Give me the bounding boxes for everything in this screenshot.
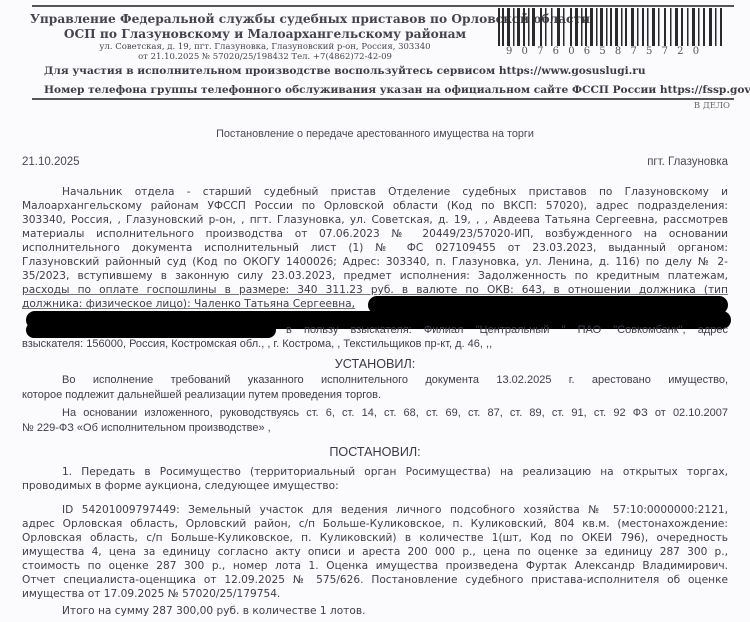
org-name-line1: Управление Федеральной службы судебных п… [30,12,500,26]
document-date: 21.10.2025 [22,156,80,168]
property-line: ID 54201009797449: Земельный участок для… [62,504,728,517]
intro-line: 35/2023, вступившему в законную силу 23.… [22,270,728,283]
resolved-heading: ПОСТАНОВИЛ: [0,445,750,459]
gosuslugi-service-notice: Для участия в исполнительном производств… [44,65,646,77]
document-page: Управление Федеральной службы судебных п… [0,0,750,622]
established-line: Во исполнение требований указанного испо… [62,374,728,387]
legal-basis-line: На основании изложенного, руководствуясь… [62,407,728,420]
intro-line: Глазуновский районный суд (Код по ОКОГУ … [22,256,728,269]
document-title: Постановление о передаче арестованного и… [19,128,732,140]
legal-basis-line: № 229-ФЗ «Об исполнительном производстве… [22,422,728,435]
filing-stamp: В ДЕЛО [694,101,730,111]
property-line: Орловская область, с/п Больше-Куликовско… [22,532,728,545]
phone-service-notice: Номер телефона группы телефонного обслуж… [44,84,750,96]
header-top-rule [32,5,734,7]
creditor-line: в пользу взыскателя: Филиал "Центральный… [286,324,728,337]
header-bottom-rule [32,98,734,100]
intro-line: 303340, Россия, , Глазуновский р-он, , п… [22,214,728,227]
property-line: Отчет специалиста-оценщика от 12.09.2025… [22,574,728,587]
established-heading: УСТАНОВИЛ: [0,357,750,371]
intro-line: исполнительного документа исполнительный… [22,242,728,255]
property-line: имущества 4, цена за единицу согласно ак… [22,546,728,559]
intro-line: Начальник отдела - старший судебный прис… [62,186,728,199]
document-reference: от 21.10.2025 № 57020/25/198432 Тел. +7(… [30,52,500,62]
property-line: адрес Орловская область, Орловский район… [22,518,728,531]
resolution-item-line: проводимых в форме аукциона, следующее и… [22,480,728,493]
total-line: Итого на сумму 287 300,00 руб. в количес… [62,605,728,618]
property-line: стоимость по оценке 287 300 р., номер ло… [22,560,728,573]
document-place: пгт. Глазуновка [647,156,728,168]
creditor-address-line: взыскателя: 156000, Россия, Костромская … [22,338,728,351]
established-line: которое подлежит дальнейшей реализации п… [22,389,728,402]
intro-line: Малоархангельскому районам УФССП России … [22,200,728,213]
org-name-line2: ОСП по Глазуновскому и Малоархангельском… [30,27,500,41]
redacted-block [26,322,276,338]
intro-line: материалы исполнительного производства о… [22,228,728,241]
debtor-line: должника: физическое лицо): Чаленко Тать… [22,298,372,311]
org-address: ул. Советская, д. 19, пгт. Глазуновка, Г… [30,42,500,52]
property-line: имущества от 17.09.2025 № 57020/25/17975… [22,588,728,601]
resolution-item-line: 1. Передать в Росимущество (территориаль… [62,466,728,479]
barcode-number: 9076065875720 [506,46,728,57]
